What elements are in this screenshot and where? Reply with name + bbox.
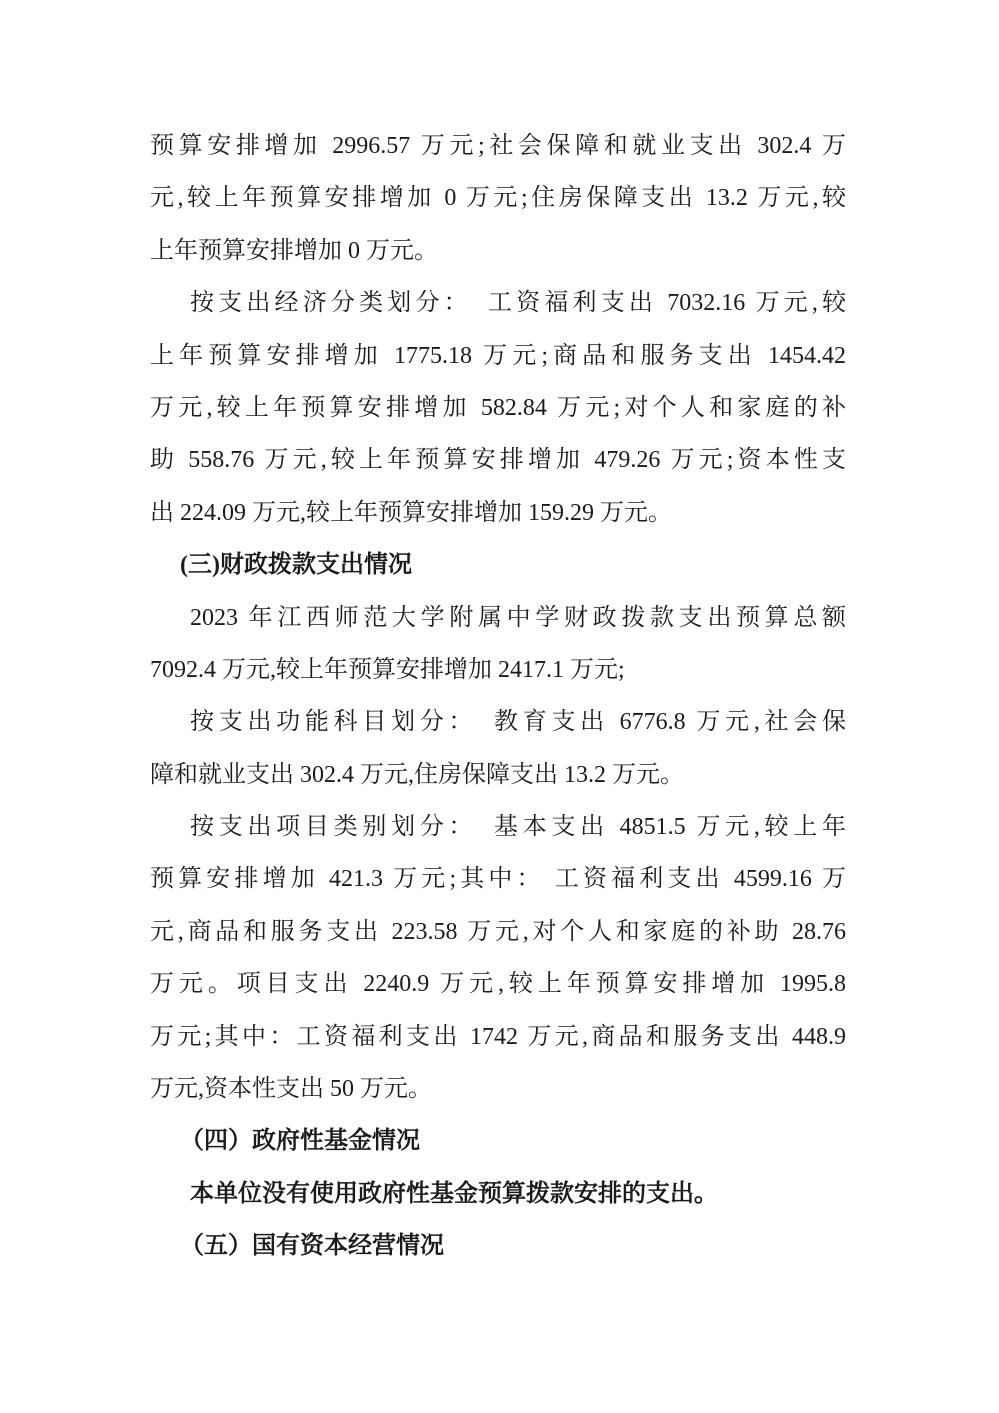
doc-line: 预算安排增加 421.3 万元;其中： 工资福利支出 4599.16 万 [150,853,846,905]
doc-line: 预算安排增加 2996.57 万元;社会保障和就业支出 302.4 万 [150,120,846,172]
doc-line: 上年预算安排增加 0 万元。 [150,225,846,277]
doc-line: 按支出功能科目划分： 教育支出 6776.8 万元,社会保 [150,696,846,748]
doc-line: 元,商品和服务支出 223.58 万元,对个人和家庭的补助 28.76 [150,906,846,958]
text-block: 预算安排增加 2996.57 万元;社会保障和就业支出 302.4 万 元,较上… [150,120,846,1273]
doc-line: 万元;其中：工资福利支出 1742 万元,商品和服务支出 448.9 [150,1011,846,1063]
section-heading-5: （五）国有资本经营情况 [150,1220,846,1272]
doc-line: 按支出经济分类划分： 工资福利支出 7032.16 万元,较 [150,277,846,329]
doc-line: 7092.4 万元,较上年预算安排增加 2417.1 万元; [150,644,846,696]
doc-line: 出 224.09 万元,较上年预算安排增加 159.29 万元。 [150,487,846,539]
doc-line: 障和就业支出 302.4 万元,住房保障支出 13.2 万元。 [150,749,846,801]
doc-line: 助 558.76 万元,较上年预算安排增加 479.26 万元;资本性支 [150,434,846,486]
doc-line: 本单位没有使用政府性基金预算拨款安排的支出。 [150,1168,846,1220]
doc-line: 万元,资本性支出 50 万元。 [150,1063,846,1115]
section-heading-4: （四）政府性基金情况 [150,1115,846,1167]
doc-line: 按支出项目类别划分： 基本支出 4851.5 万元,较上年 [150,801,846,853]
doc-line: 万元,较上年预算安排增加 582.84 万元;对个人和家庭的补 [150,382,846,434]
doc-line: 上年预算安排增加 1775.18 万元;商品和服务支出 1454.42 [150,330,846,382]
doc-line: 元,较上年预算安排增加 0 万元;住房保障支出 13.2 万元,较 [150,172,846,224]
document-page: 预算安排增加 2996.57 万元;社会保障和就业支出 302.4 万 元,较上… [0,0,999,1413]
doc-line: 万元。项目支出 2240.9 万元,较上年预算安排增加 1995.8 [150,958,846,1010]
doc-line: 2023 年江西师范大学附属中学财政拨款支出预算总额 [150,592,846,644]
section-heading-3: (三)财政拨款支出情况 [150,539,846,591]
